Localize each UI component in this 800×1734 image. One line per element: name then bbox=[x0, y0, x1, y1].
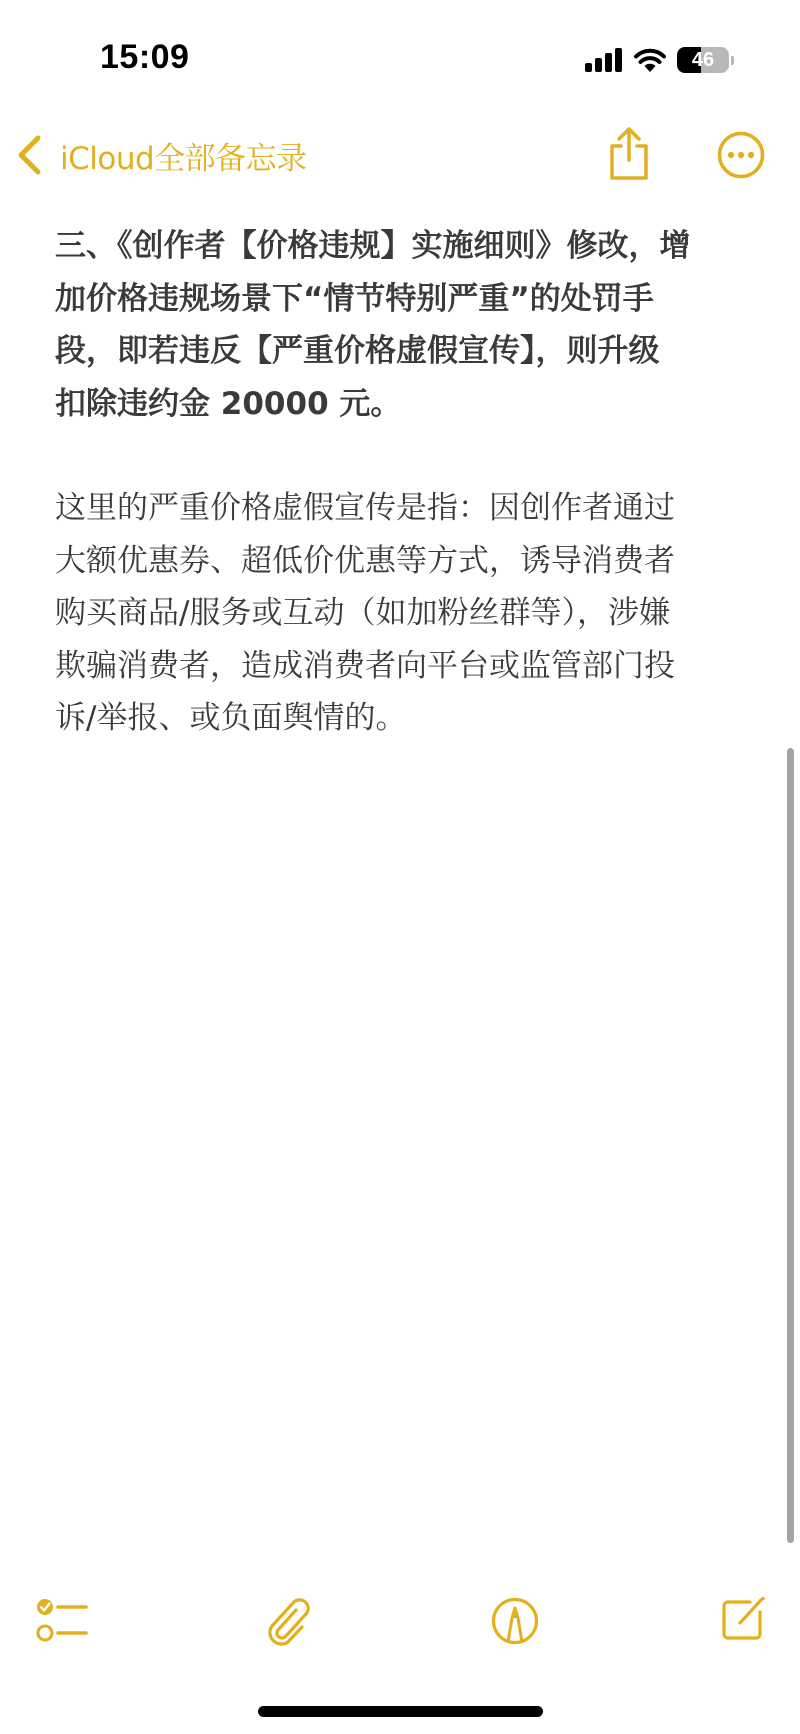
ellipsis-circle-icon[interactable] bbox=[716, 130, 766, 180]
home-indicator[interactable] bbox=[258, 1706, 543, 1717]
note-line: 欺骗消费者，造成消费者向平台或监管部门投 bbox=[55, 640, 755, 693]
note-line: 加价格违规场景下“情节特别严重”的处罚手 bbox=[55, 273, 755, 326]
back-label: iCloud全部备忘录 bbox=[60, 133, 307, 178]
note-line: 诉/举报、或负面舆情的。 bbox=[55, 692, 755, 745]
markup-pen-icon[interactable] bbox=[490, 1596, 540, 1646]
vertical-scrollbar[interactable] bbox=[787, 748, 794, 1543]
note-content[interactable]: 三、《创作者【价格违规】实施细则》修改，增 加价格违规场景下“情节特别严重”的处… bbox=[55, 220, 755, 745]
note-line: 扣除违约金 20000 元。 bbox=[55, 378, 755, 431]
battery-indicator: 46 bbox=[677, 47, 734, 73]
battery-icon: 46 bbox=[677, 47, 729, 73]
note-line: 大额优惠券、超低价优惠等方式，诱导消费者 bbox=[55, 535, 755, 588]
chevron-left-icon bbox=[14, 135, 46, 175]
compose-icon[interactable] bbox=[720, 1596, 766, 1642]
note-line: 段，即若违反【严重价格虚假宣传】，则升级 bbox=[55, 325, 755, 378]
paperclip-icon[interactable] bbox=[266, 1596, 314, 1646]
share-icon[interactable] bbox=[604, 126, 654, 182]
status-time: 15:09 bbox=[100, 38, 189, 77]
wifi-icon bbox=[633, 47, 667, 73]
bottom-toolbar bbox=[0, 1580, 800, 1660]
note-paragraph-2: 这里的严重价格虚假宣传是指：因创作者通过 大额优惠券、超低价优惠等方式，诱导消费… bbox=[55, 482, 755, 745]
battery-percent: 46 bbox=[692, 49, 714, 72]
note-line: 三、《创作者【价格违规】实施细则》修改，增 bbox=[55, 220, 755, 273]
battery-nub bbox=[731, 56, 734, 65]
paragraph-spacer bbox=[55, 430, 755, 482]
status-bar: 15:09 46 bbox=[0, 0, 800, 110]
cellular-signal-icon bbox=[585, 48, 623, 72]
checklist-icon[interactable] bbox=[36, 1596, 90, 1644]
note-line: 这里的严重价格虚假宣传是指：因创作者通过 bbox=[55, 482, 755, 535]
status-icons: 46 bbox=[585, 46, 734, 74]
navigation-bar: iCloud全部备忘录 bbox=[0, 110, 800, 200]
back-button[interactable]: iCloud全部备忘录 bbox=[14, 130, 307, 180]
note-paragraph-1: 三、《创作者【价格违规】实施细则》修改，增 加价格违规场景下“情节特别严重”的处… bbox=[55, 220, 755, 430]
note-line: 购买商品/服务或互动（如加粉丝群等），涉嫌 bbox=[55, 587, 755, 640]
